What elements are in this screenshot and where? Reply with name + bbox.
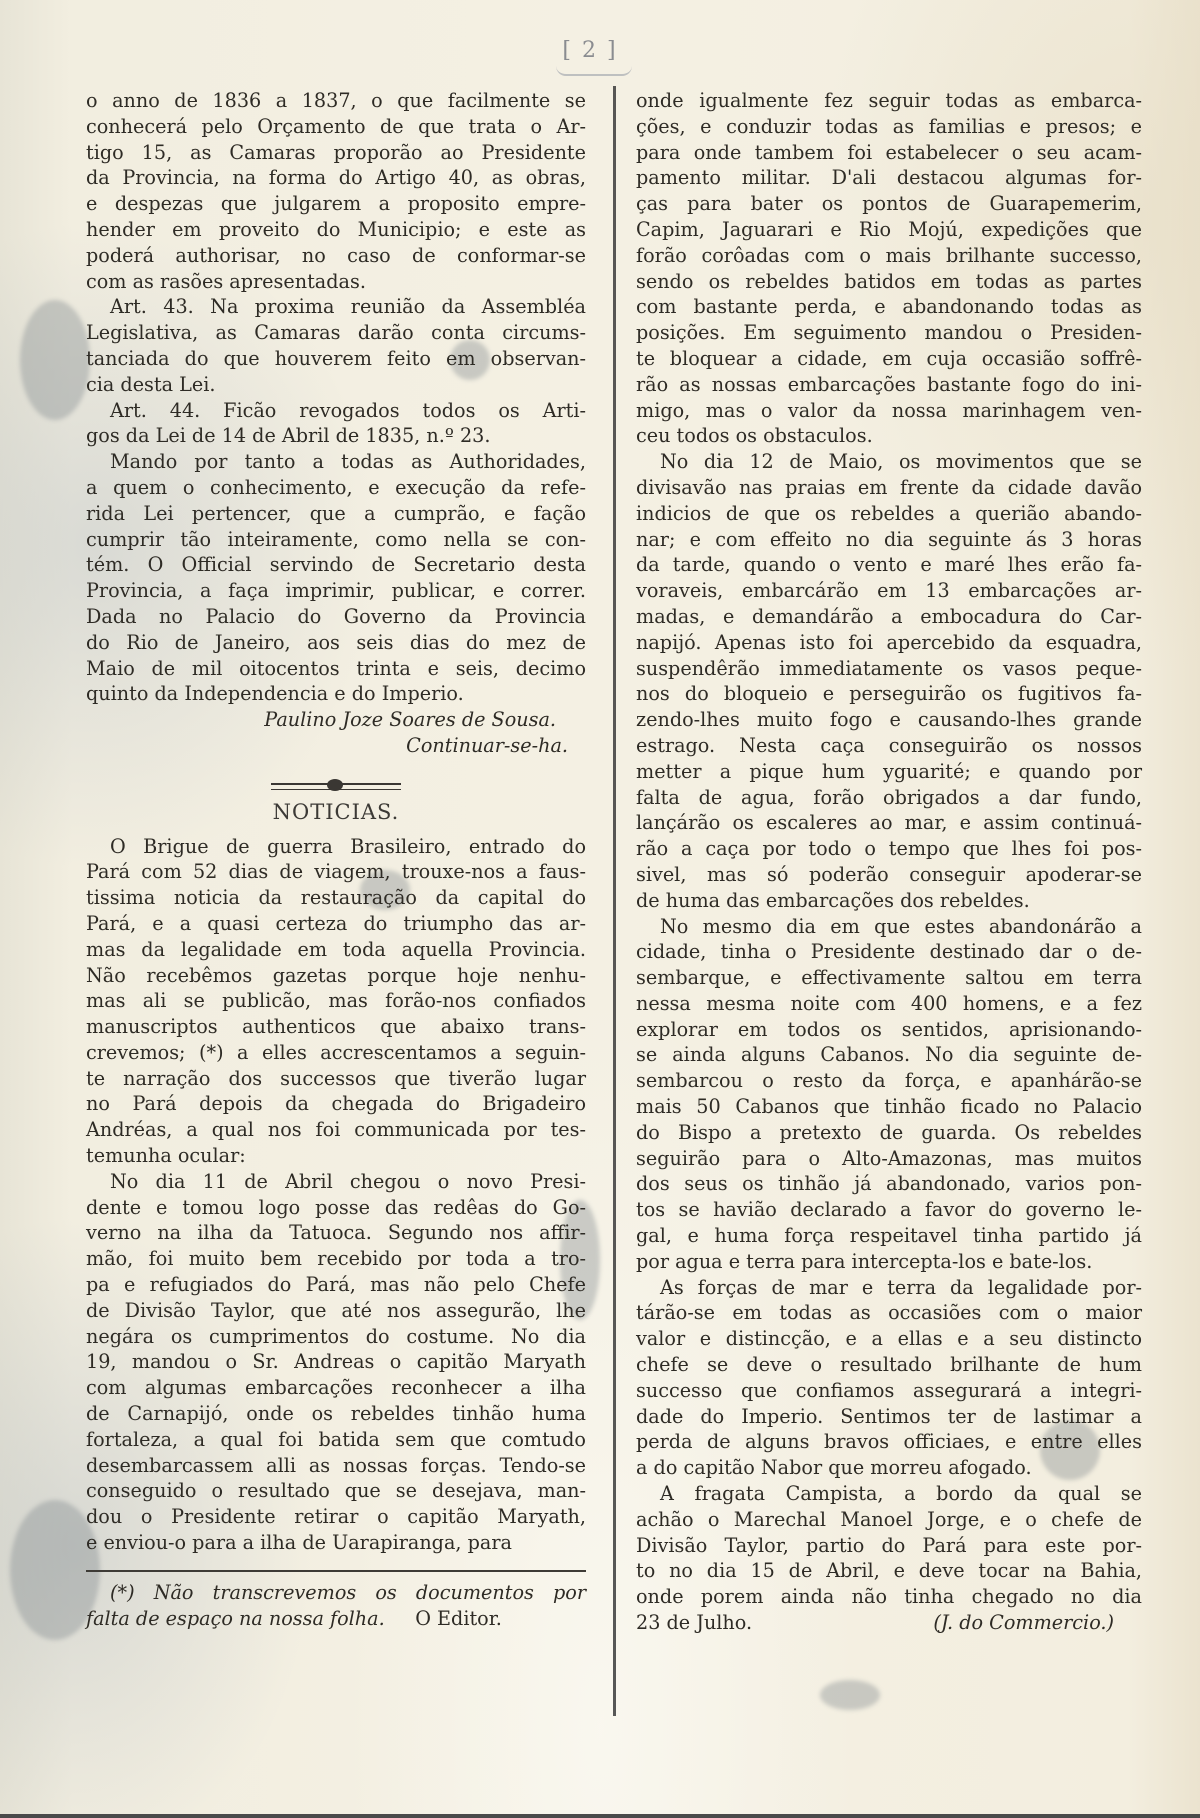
text-line: com bastante perda, e abandonando todas … <box>636 294 1142 320</box>
text-line: ceu todos os obstaculos. <box>636 423 1142 449</box>
text-line: migo, mas o valor da nossa marinhagem ve… <box>636 398 1142 424</box>
paragraph: o anno de 1836 a 1837, o que facilmente … <box>86 88 586 294</box>
signature: Paulino Joze Soares de Sousa. <box>86 707 586 733</box>
page-number-flourish <box>556 66 632 76</box>
right-column: onde igualmente fez seguir todas as emba… <box>636 88 1142 1636</box>
text-line: nos do bloqueio e perseguirão os fugitiv… <box>636 681 1142 707</box>
text-line: metter a pique hum yguarité; e quando po… <box>636 759 1142 785</box>
text-line: sivel, mas só poderão conseguir apoderar… <box>636 862 1142 888</box>
text-line: O Brigue de guerra Brasileiro, entrado d… <box>86 834 586 860</box>
text-line: madas, e demandárão a embocadura do Car- <box>636 604 1142 630</box>
text-line: mais 50 Cabanos que tinhão ficado no Pal… <box>636 1094 1142 1120</box>
continuation-note: Continuar-se-ha. <box>86 733 586 759</box>
text-line: manuscriptos authenticos que abaixo tran… <box>86 1014 586 1040</box>
text-line: explorar em todos os sentidos, aprisiona… <box>636 1017 1142 1043</box>
text-line: poderá authorisar, no caso de conformar-… <box>86 243 586 269</box>
footnote: (*) Não transcrevemos os documentos por … <box>86 1580 586 1632</box>
paragraph: No mesmo dia em que estes abandonárão ac… <box>636 914 1142 1275</box>
text-line: to no dia 15 de Abril, e deve tocar na B… <box>636 1558 1142 1584</box>
paragraph: Art. 44. Ficão revogados todos os Arti-g… <box>86 398 586 450</box>
text-line: ções, e conduzir todas as familias e pre… <box>636 114 1142 140</box>
paragraph: A fragata Campista, a bordo da qual seac… <box>636 1481 1142 1636</box>
text-line: de Divisão Taylor, que até nos assegurão… <box>86 1298 586 1324</box>
text-line: de huma das embarcações dos rebeldes. <box>636 888 1142 914</box>
text-line: gos da Lei de 14 de Abril de 1835, n.º 2… <box>86 423 586 449</box>
text-line: temunha ocular: <box>86 1143 586 1169</box>
text-line: gal, e huma força respeitavel tinha part… <box>636 1223 1142 1249</box>
text-line: a do capitão Nabor que morreu afogado. <box>636 1455 1142 1481</box>
text-line: cia desta Lei. <box>86 372 586 398</box>
text-line: divisavão nas praias em frente da cidade… <box>636 475 1142 501</box>
paragraph: Mando por tanto a todas as Authoridades,… <box>86 449 586 707</box>
paragraph: onde igualmente fez seguir todas as emba… <box>636 88 1142 449</box>
footnote-line-text: falta de espaço na nossa folha. <box>86 1607 385 1630</box>
text-line-text: 23 de Julho. <box>636 1611 752 1634</box>
text-line: Maio de mil oitocentos trinta e seis, de… <box>86 656 586 682</box>
text-line: tárão-se em todas as occasiões com o mai… <box>636 1300 1142 1326</box>
text-line: sendo os rebeldes batidos em todas as pa… <box>636 269 1142 295</box>
text-line: Andréas, a qual nos foi communicada por … <box>86 1117 586 1143</box>
text-line: dou o Presidente retirar o capitão Marya… <box>86 1504 586 1530</box>
text-line: crevemos; (*) a elles accrescentamos a s… <box>86 1040 586 1066</box>
text-line: forão corôadas com o mais brilhante succ… <box>636 243 1142 269</box>
text-line: te narração dos successos que tiverão lu… <box>86 1066 586 1092</box>
text-line: a quem o conhecimento, e execução da ref… <box>86 475 586 501</box>
paragraph: Art. 43. Na proxima reunião da Assembléa… <box>86 294 586 397</box>
text-line: Art. 43. Na proxima reunião da Assembléa <box>86 294 586 320</box>
text-line: successo que confiamos assegurará a inte… <box>636 1378 1142 1404</box>
text-line: achão o Marechal Manoel Jorge, e o chefe… <box>636 1507 1142 1533</box>
text-line: do Bispo a pretexto de guarda. Os rebeld… <box>636 1120 1142 1146</box>
text-line: mas ali se publicão, mas forão-nos confi… <box>86 988 586 1014</box>
text-line: rão as nossas embarcações bastante fogo … <box>636 372 1142 398</box>
text-line: seguirão para o Alto-Amazonas, mas muito… <box>636 1146 1142 1172</box>
text-line: quinto da Independencia e do Imperio. <box>86 681 586 707</box>
footnote-rule <box>86 1570 586 1572</box>
text-line: No dia 12 de Maio, os movimentos que se <box>636 449 1142 475</box>
text-line: suspendêrão immediatamente os vasos pequ… <box>636 656 1142 682</box>
text-line: sembarcou o resto da força, e apanhárão-… <box>636 1068 1142 1094</box>
text-line: rão a caça por todo o tempo que lhes foi… <box>636 836 1142 862</box>
text-line: hender em proveito do Municipio; e este … <box>86 217 586 243</box>
footnote-line: falta de espaço na nossa folha. O Editor… <box>86 1606 586 1632</box>
text-line: Legislativa, as Camaras darão conta circ… <box>86 320 586 346</box>
text-line: No dia 11 de Abril chegou o novo Presi- <box>86 1169 586 1195</box>
text-line: pamento militar. D'ali destacou algumas … <box>636 165 1142 191</box>
text-line: onde porem ainda não tinha chegado no di… <box>636 1584 1142 1610</box>
text-line: mão, foi muito bem recebido por toda a t… <box>86 1246 586 1272</box>
text-line: Art. 44. Ficão revogados todos os Arti- <box>86 398 586 424</box>
text-line: tanciada do que houverem feito em observ… <box>86 346 586 372</box>
text-line: chefe se deve o resultado brilhante de h… <box>636 1352 1142 1378</box>
footnote-line: (*) Não transcrevemos os documentos por <box>86 1580 586 1606</box>
text-line: de Carnapijó, onde os rebeldes tinhão hu… <box>86 1401 586 1427</box>
text-line: falta de agua, forão obrigados a dar fun… <box>636 785 1142 811</box>
text-line: lançárão os escaleres ao mar, e assim co… <box>636 810 1142 836</box>
page-number: [ 2 ] <box>560 38 620 63</box>
text-line: voraveis, embarcárão em 13 embarcações a… <box>636 578 1142 604</box>
text-line: Dada no Palacio do Governo da Provincia <box>86 604 586 630</box>
text-line: dente e tomou logo posse das redêas do G… <box>86 1195 586 1221</box>
law-text: o anno de 1836 a 1837, o que facilmente … <box>86 88 586 707</box>
text-line: da tarde, quando o vento e maré lhes erã… <box>636 552 1142 578</box>
text-line: dade do Imperio. Sentimos ter de lastima… <box>636 1404 1142 1430</box>
news-continuation-text: onde igualmente fez seguir todas as emba… <box>636 88 1142 1636</box>
text-line: posições. Em seguimento mandou o Preside… <box>636 320 1142 346</box>
text-line: Provincia, a faça imprimir, publicar, e … <box>86 578 586 604</box>
text-line: 19, mandou o Sr. Andreas o capitão Marya… <box>86 1349 586 1375</box>
text-line: da Provincia, na forma do Artigo 40, as … <box>86 165 586 191</box>
footnote-editor: O Editor. <box>415 1607 502 1630</box>
text-line: verno na ilha da Tatuoca. Segundo nos af… <box>86 1220 586 1246</box>
source-attribution: (J. do Commercio.) <box>933 1610 1114 1636</box>
news-text: O Brigue de guerra Brasileiro, entrado d… <box>86 834 586 1556</box>
text-line: tissima noticia da restauração da capita… <box>86 885 586 911</box>
text-line: mas da legalidade em toda aquella Provin… <box>86 937 586 963</box>
text-line: A fragata Campista, a bordo da qual se <box>636 1481 1142 1507</box>
text-line: com algumas embarcações reconhecer a ilh… <box>86 1375 586 1401</box>
water-stain <box>820 1680 880 1710</box>
text-line: dos seus os tinhão já abandonado, varios… <box>636 1171 1142 1197</box>
text-line: tigo 15, as Camaras proporão ao Presiden… <box>86 140 586 166</box>
text-line: e despezas que julgarem a proposito empr… <box>86 191 586 217</box>
text-line: desembarcassem alli as nossas forças. Te… <box>86 1453 586 1479</box>
text-line: cidade, tinha o Presidente destinado dar… <box>636 939 1142 965</box>
text-line: nar; e com effeito no dia seguinte ás 3 … <box>636 527 1142 553</box>
text-line: estrago. Nesta caça conseguirão os nosso… <box>636 733 1142 759</box>
text-line: zendo-lhes muito fogo e causando-lhes gr… <box>636 707 1142 733</box>
paragraph: O Brigue de guerra Brasileiro, entrado d… <box>86 834 586 1169</box>
text-line: no Pará depois da chegada do Brigadeiro <box>86 1091 586 1117</box>
text-line: com as rasões apresentadas. <box>86 269 586 295</box>
text-line: perda de alguns bravos officiaes, e entr… <box>636 1429 1142 1455</box>
paragraph: No dia 12 de Maio, os movimentos que sed… <box>636 449 1142 913</box>
column-rule <box>613 86 616 1716</box>
scan-bottom-edge <box>0 1814 1200 1818</box>
text-line: do Rio de Janeiro, aos seis dias do mez … <box>86 630 586 656</box>
text-line: para onde tambem foi estabelecer o seu a… <box>636 140 1142 166</box>
text-line: o anno de 1836 a 1837, o que facilmente … <box>86 88 586 114</box>
text-line: ças para bater os pontos de Guarapemerim… <box>636 191 1142 217</box>
text-line: indicios de que os rebeldes a querião ab… <box>636 501 1142 527</box>
text-line: conseguido o resultado que se desejava, … <box>86 1478 586 1504</box>
text-line: No mesmo dia em que estes abandonárão a <box>636 914 1142 940</box>
water-stain <box>20 300 90 420</box>
newspaper-page: [ 2 ] o anno de 1836 a 1837, o que facil… <box>0 0 1200 1818</box>
text-line: Não recebêmos gazetas porque hoje nenhu- <box>86 963 586 989</box>
text-line: valor e distincção, e a ellas e a seu di… <box>636 1326 1142 1352</box>
paragraph: As forças de mar e terra da legalidade p… <box>636 1275 1142 1481</box>
text-line: Pará, e a quasi certeza do triumpho das … <box>86 911 586 937</box>
text-line: As forças de mar e terra da legalidade p… <box>636 1275 1142 1301</box>
text-line: rida Lei pertencer, que a cumprão, e faç… <box>86 501 586 527</box>
text-line: tos se havião declarado a favor do gover… <box>636 1197 1142 1223</box>
text-line: pa e refugiados do Pará, mas não pelo Ch… <box>86 1272 586 1298</box>
text-line: nessa mesma noite com 400 homens, e a fe… <box>636 991 1142 1017</box>
paragraph: No dia 11 de Abril chegou o novo Presi-d… <box>86 1169 586 1556</box>
text-line: sembarque, e effectivamente saltou em te… <box>636 965 1142 991</box>
section-heading: NOTICIAS. <box>86 800 586 826</box>
text-line: conhecerá pelo Orçamento de que trata o … <box>86 114 586 140</box>
text-line: Pará com 52 dias de viagem, trouxe-nos a… <box>86 859 586 885</box>
text-line: napijó. Apenas isto foi apercebido da es… <box>636 630 1142 656</box>
text-line: Divisão Taylor, partio do Pará para este… <box>636 1533 1142 1559</box>
text-line: negára os cumprimentos do costume. No di… <box>86 1324 586 1350</box>
text-line: Mando por tanto a todas as Authoridades, <box>86 449 586 475</box>
text-line: Capim, Jaguarari e Rio Mojú, expedições … <box>636 217 1142 243</box>
text-line: e enviou-o para a ilha de Uarapiranga, p… <box>86 1530 586 1556</box>
text-line: se ainda alguns Cabanos. No dia seguinte… <box>636 1042 1142 1068</box>
text-line: 23 de Julho.(J. do Commercio.) <box>636 1610 1142 1636</box>
text-line: cumprir tão inteiramente, como nella se … <box>86 527 586 553</box>
text-line: te bloquear a cidade, em cuja occasião s… <box>636 346 1142 372</box>
text-line: fortaleza, a qual foi batida sem que com… <box>86 1427 586 1453</box>
text-line: onde igualmente fez seguir todas as emba… <box>636 88 1142 114</box>
text-line: tém. O Official servindo de Secretario d… <box>86 552 586 578</box>
ornament-divider <box>271 783 401 790</box>
text-line: por agua e terra para intercepta-los e b… <box>636 1249 1142 1275</box>
left-column: o anno de 1836 a 1837, o que facilmente … <box>86 88 586 1631</box>
